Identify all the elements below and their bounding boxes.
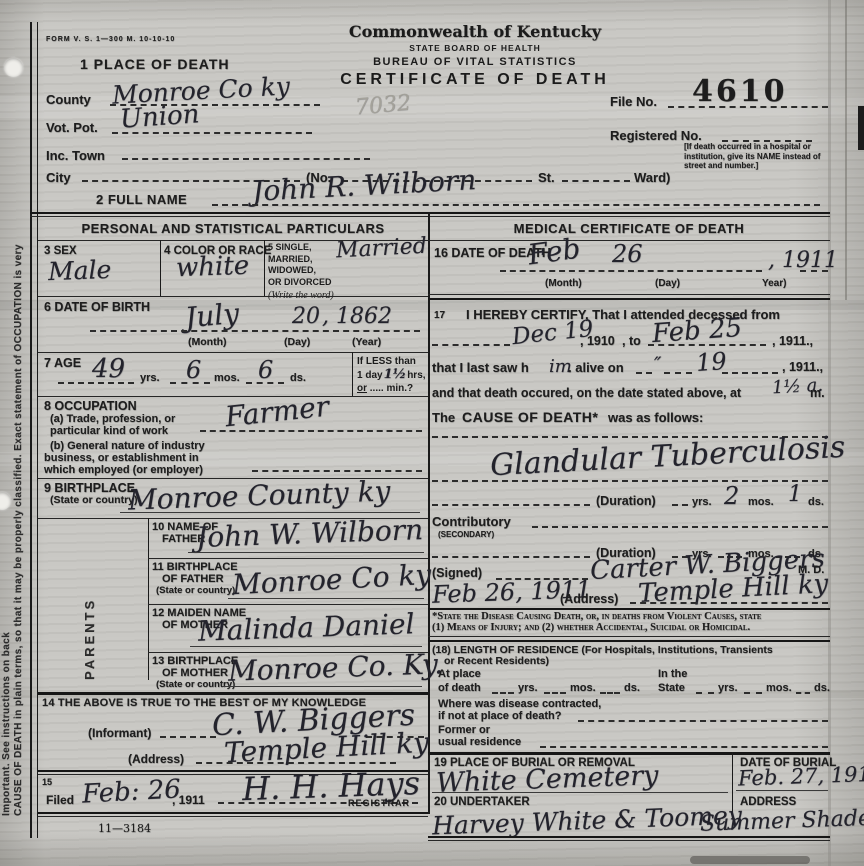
rule — [428, 608, 830, 610]
marital-line: MARRIED, — [268, 254, 334, 266]
place-of-death-label: 1 PLACE OF DEATH — [80, 56, 230, 72]
filed-item-number: 15 — [42, 777, 52, 787]
undertaker-address-label: ADDRESS — [740, 796, 796, 808]
birthplace-sublabel: (State or country) — [50, 494, 138, 506]
inc-town-label: Inc. Town — [46, 148, 105, 163]
undertaker-label: 20 UNDERTAKER — [434, 796, 530, 808]
dotted-leader — [796, 692, 810, 694]
min-label: min.? — [386, 383, 413, 394]
state-board-line: STATE BOARD OF HEALTH — [330, 43, 620, 53]
bureau-line: BUREAU OF VITAL STATISTICS — [330, 56, 620, 68]
res-mos-label: mos. — [570, 682, 596, 694]
county-label: County — [46, 92, 91, 107]
ward-note: [If death occurred in a hospital or inst… — [684, 142, 842, 171]
dotted-leader — [170, 382, 210, 384]
city-ward-label: Ward) — [634, 170, 670, 185]
attended-to-label: , to — [622, 334, 641, 348]
file-no-label: File No. — [610, 94, 657, 109]
rule — [428, 294, 830, 295]
certificate-title: CERTIFICATE OF DEATH — [330, 71, 620, 89]
full-name-label: 2 FULL NAME — [96, 192, 187, 207]
res-yrs-label: yrs. — [518, 682, 538, 694]
dob-month-value: July — [184, 300, 240, 333]
dotted-leader — [722, 372, 778, 374]
birthplace-value: Monroe County ky — [128, 477, 391, 514]
dotted-leader — [432, 556, 590, 558]
form-number-top: FORM V. S. 1—300 M. 10-10-10 — [46, 36, 175, 43]
alive-on-label: . alive on — [568, 360, 624, 375]
mos-label: mos. — [214, 372, 240, 384]
informant-address-label: (Address) — [128, 752, 184, 766]
saw-ditto-mark: ″ — [654, 354, 661, 374]
rule — [38, 396, 428, 397]
parents-divider — [148, 518, 149, 680]
dotted-leader — [58, 382, 134, 384]
in-the-label1: In the — [658, 668, 687, 680]
residence-label-line2: or Recent Residents) — [444, 655, 549, 667]
state-ds-label: ds. — [814, 682, 830, 694]
filed-year: , 1911 — [172, 793, 205, 807]
marital-line: 5 SINGLE, — [268, 242, 334, 254]
occupation-value: Farmer — [224, 393, 330, 432]
cell-divider — [160, 240, 161, 296]
yrs-label: yrs. — [140, 372, 160, 384]
dotted-leader — [744, 692, 762, 694]
full-name-value: John R. Wilborn — [251, 166, 476, 206]
occupation-b-line1: (b) General nature of industry — [50, 440, 205, 452]
at-place-label1: At place — [438, 668, 481, 680]
marital-line: WIDOWED, — [268, 265, 334, 277]
dotted-leader — [90, 330, 420, 332]
state-yrs-label: yrs. — [718, 682, 738, 694]
occupation-b-line2: business, or establishment in — [44, 452, 199, 464]
rule — [428, 840, 830, 841]
mother-birthplace-sublabel: (State or country) — [156, 679, 235, 690]
meridiem-label: m. — [810, 386, 825, 400]
dotted-leader — [432, 480, 828, 482]
pencil-annotation: 7032 — [354, 93, 412, 120]
age-months-value: 6 — [186, 358, 201, 382]
scan-edge-artifact — [690, 856, 810, 864]
attended-to-value: Feb 25 — [651, 315, 743, 347]
father-birthplace-label1: 11 BIRTHPLACE — [152, 561, 238, 573]
write-line — [190, 646, 422, 647]
commonwealth-title: Commonwealth of Kentucky — [330, 22, 620, 41]
rule — [38, 816, 428, 817]
contracted-label2: if not at place of death? — [438, 710, 561, 722]
if-less-line: or ..... min.? — [357, 382, 426, 395]
write-line — [188, 552, 424, 553]
in-the-label2: State — [658, 682, 685, 694]
father-name-value: John W. Wilborn — [196, 516, 424, 552]
signed-label: (Signed) — [432, 566, 482, 580]
write-line — [432, 792, 728, 793]
dotted-leader — [544, 692, 566, 694]
death-occurred-statement: and that death occured, on the date stat… — [432, 386, 741, 400]
age-label: 7 AGE — [44, 356, 81, 370]
res-ds-label: ds. — [624, 682, 640, 694]
attended-to-year: , 1911., — [772, 334, 813, 348]
dotted-leader — [112, 132, 312, 134]
informant-label: (Informant) — [88, 726, 151, 740]
registered-no-label: Registered No. — [610, 128, 702, 143]
date-of-death-year: , 1911 — [768, 250, 838, 272]
marital-line: OR DIVORCED — [268, 277, 334, 289]
duration-ds-value: 1 — [788, 484, 802, 506]
vot-pot-label: Vot. Pot. — [46, 120, 98, 135]
filed-date-value: Feb: 26 — [81, 776, 181, 807]
mother-name-value: Malinda Daniel — [198, 610, 415, 646]
form-left-border — [30, 22, 32, 838]
dotted-leader — [668, 106, 828, 108]
dotted-leader — [648, 344, 766, 346]
cause-the-label: The — [432, 410, 455, 425]
registrar-label: REGISTRAR — [348, 798, 410, 808]
dotted-leader — [212, 204, 820, 206]
year-caption: Year) — [762, 278, 786, 289]
rule — [428, 636, 830, 637]
if-less-line: 1 day1½hrs, — [357, 368, 426, 382]
occupation-label: 8 OCCUPATION — [44, 399, 137, 413]
sex-value: Male — [48, 257, 112, 284]
dotted-leader — [122, 158, 370, 160]
dotted-leader — [246, 382, 284, 384]
city-label: City — [46, 170, 71, 185]
scan-edge-artifact — [858, 106, 864, 150]
rule — [148, 558, 428, 559]
certify-item-number: 17 — [434, 310, 445, 321]
file-no-value: 4610 — [692, 74, 788, 109]
cause-of-death-label: CAUSE OF DEATH* — [462, 409, 598, 425]
duration-label: (Duration) — [596, 494, 656, 508]
vot-pot-value: Union — [119, 101, 200, 132]
physician-address-label: (Address) — [560, 592, 618, 606]
write-line — [120, 512, 420, 513]
rule — [38, 352, 428, 353]
dotted-leader — [532, 526, 828, 528]
contributory-label: Contributory — [432, 514, 511, 529]
rule — [148, 604, 428, 605]
day-caption: (Day) — [284, 336, 310, 348]
age-days-value: 6 — [258, 358, 273, 382]
duration-mos-value: 2 — [724, 484, 739, 508]
rule — [428, 752, 830, 755]
state-mos-label: mos. — [766, 682, 792, 694]
father-birthplace-sublabel: (State or country) — [156, 585, 235, 596]
hrs-label: hrs, — [407, 370, 425, 381]
former-residence-label1: Former or — [438, 724, 490, 736]
hrs-handwritten: 1½ — [384, 367, 407, 382]
write-line — [222, 686, 422, 687]
dotted-leader — [636, 372, 652, 374]
header-block: Commonwealth of Kentucky STATE BOARD OF … — [330, 22, 620, 89]
rule — [38, 812, 428, 814]
dotted-leader — [432, 344, 510, 346]
one-day-label: 1 day — [357, 370, 383, 381]
mother-birthplace-value: Monroe Co. Ky. — [228, 650, 444, 685]
father-birthplace-value: Monroe Co ky — [231, 561, 431, 599]
birthplace-label: 9 BIRTHPLACE — [44, 481, 135, 495]
marital-label: 5 SINGLE, MARRIED, WIDOWED, OR DIVORCED … — [268, 242, 334, 302]
margin-note-inner: CAUSE OF DEATH in plain terms, so that i… — [13, 36, 24, 816]
occupation-b-line3: which employed (or employer) — [44, 464, 203, 476]
color-race-value: white — [176, 253, 250, 282]
margin-note-outer: Important. See instructions on back — [1, 396, 12, 816]
dotted-leader — [600, 692, 620, 694]
dotted-leader — [196, 762, 396, 764]
rule — [38, 692, 428, 695]
punch-hole — [4, 58, 23, 77]
dotted-leader — [200, 430, 422, 432]
write-line — [736, 790, 828, 791]
dob-label: 6 DATE OF BIRTH — [44, 300, 150, 314]
dotted-leader — [672, 504, 688, 506]
date-of-burial-value: Feb. 27, 1911 — [738, 763, 864, 789]
occupation-a-line2: particular kind of work — [50, 425, 168, 437]
dotted-leader — [432, 504, 590, 506]
form-left-border-inner — [37, 22, 38, 838]
undertaker-address-value: Summer Shade, Ky. — [700, 806, 864, 836]
contracted-label1: Where was disease contracted, — [438, 698, 601, 710]
dotted-leader — [500, 270, 762, 272]
cell-divider — [352, 352, 353, 396]
write-line — [228, 598, 424, 599]
duration-mos-label: mos. — [748, 496, 774, 508]
dotted-leader — [630, 602, 828, 604]
rule — [30, 216, 830, 217]
dotted-leader — [800, 270, 828, 272]
father-birthplace-label2: OF FATHER — [162, 573, 224, 585]
rule — [30, 212, 830, 214]
rule — [428, 298, 830, 300]
saw-year: , 1911., — [782, 360, 823, 374]
footnote-line1: *State the Disease Causing Death, or, in… — [432, 611, 761, 622]
year-caption: (Year) — [352, 336, 381, 348]
paper-crease — [845, 0, 847, 300]
secondary-label: (SECONDARY) — [438, 530, 494, 539]
footnote-line2: (1) Means of Injury; and (2) whether Acc… — [432, 622, 750, 633]
dotted-leader — [664, 372, 692, 374]
personal-section-header: PERSONAL AND STATISTICAL PARTICULARS — [38, 221, 428, 236]
duration-ds-label: ds. — [808, 496, 824, 508]
cause-of-death-value: Glandular Tuberculosis — [489, 433, 846, 482]
day-caption: (Day) — [655, 278, 680, 289]
form-footer-number: 11—3184 — [98, 822, 151, 835]
sex-label: 3 SEX — [44, 245, 77, 257]
age-years-value: 49 — [92, 356, 125, 382]
former-residence-label2: usual residence — [438, 736, 521, 748]
ds-label: ds. — [290, 372, 306, 384]
occupation-a-line1: (a) Trade, profession, or — [50, 413, 175, 425]
or-label: or — [357, 383, 367, 394]
filed-label: Filed — [46, 793, 74, 807]
dotted-leader — [578, 720, 828, 722]
month-caption: (Month) — [545, 278, 582, 289]
rule — [428, 640, 830, 642]
dob-day-value: 20 — [292, 306, 320, 328]
date-of-death-day: 26 — [612, 242, 643, 266]
dotted-leader — [562, 180, 630, 182]
column-divider — [428, 212, 430, 814]
city-st-label: St. — [538, 170, 555, 185]
last-saw-statement: that I last saw h — [432, 360, 529, 375]
dotted-leader — [696, 692, 714, 694]
month-caption: (Month) — [188, 336, 226, 348]
dotted-leader — [540, 746, 828, 748]
duration-yrs-label: yrs. — [692, 496, 712, 508]
dotted-leader — [252, 470, 422, 472]
attended-from-year: , 1910 — [580, 334, 615, 348]
rule — [428, 836, 830, 838]
dob-year-value: , 1862 — [322, 306, 392, 328]
date-of-death-month: Feb — [526, 234, 582, 269]
mother-birthplace-label1: 13 BIRTHPLACE — [152, 655, 238, 667]
dotted-leader — [160, 736, 216, 738]
was-as-follows-label: was as follows: — [608, 410, 703, 425]
medical-section-header: MEDICAL CERTIFICATE OF DEATH — [428, 221, 830, 236]
parents-label: PARENTS — [82, 520, 97, 680]
if-less-note: If LESS than 1 day1½hrs, or ..... min.? — [357, 355, 426, 395]
mother-birthplace-label2: OF MOTHER — [162, 667, 228, 679]
marital-value: Married — [335, 236, 427, 263]
dotted-leader — [492, 692, 514, 694]
death-certificate-scan: CAUSE OF DEATH in plain terms, so that i… — [0, 0, 864, 866]
at-place-label2: of death — [438, 682, 481, 694]
